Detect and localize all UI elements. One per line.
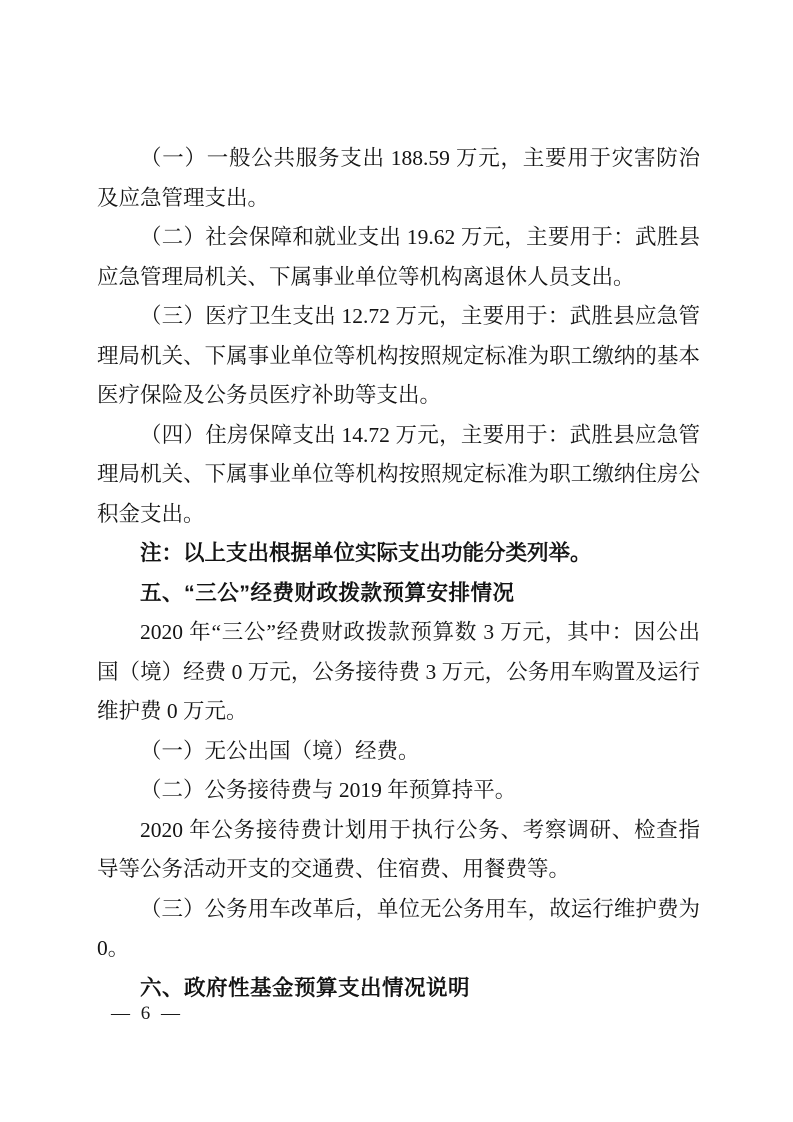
document-page: （一）一般公共服务支出 188.59 万元，主要用于灾害防治及应急管理支出。 （…	[0, 0, 793, 1122]
document-body: （一）一般公共服务支出 188.59 万元，主要用于灾害防治及应急管理支出。 （…	[97, 139, 700, 1008]
paragraph-no-overseas-trip-expense: （一）无公出国（境）经费。	[97, 732, 700, 772]
page-number: — 6 —	[111, 1001, 183, 1027]
paragraph-social-security-employment-expense: （二）社会保障和就业支出 19.62 万元，主要用于：武胜县应急管理局机关、下属…	[97, 218, 700, 297]
section-heading-6-government-fund-budget: 六、政府性基金预算支出情况说明	[97, 969, 700, 1009]
paragraph-official-reception-usage: 2020 年公务接待费计划用于执行公务、考察调研、检查指导等公务活动开支的交通费…	[97, 811, 700, 890]
paragraph-official-reception-budget: （二）公务接待费与 2019 年预算持平。	[97, 771, 700, 811]
paragraph-official-vehicle-reform: （三）公务用车改革后，单位无公务用车，故运行维护费为 0。	[97, 890, 700, 969]
section-heading-5-three-public-funds: 五、“三公”经费财政拨款预算安排情况	[97, 574, 700, 614]
paragraph-housing-security-expense: （四）住房保障支出 14.72 万元，主要用于：武胜县应急管理局机关、下属事业单…	[97, 416, 700, 535]
paragraph-medical-health-expense: （三）医疗卫生支出 12.72 万元，主要用于：武胜县应急管理局机关、下属事业单…	[97, 297, 700, 416]
note-line: 注：以上支出根据单位实际支出功能分类列举。	[97, 534, 700, 574]
paragraph-three-public-funds-budget: 2020 年“三公”经费财政拨款预算数 3 万元，其中：因公出国（境）经费 0 …	[97, 613, 700, 732]
paragraph-general-public-services-expense: （一）一般公共服务支出 188.59 万元，主要用于灾害防治及应急管理支出。	[97, 139, 700, 218]
